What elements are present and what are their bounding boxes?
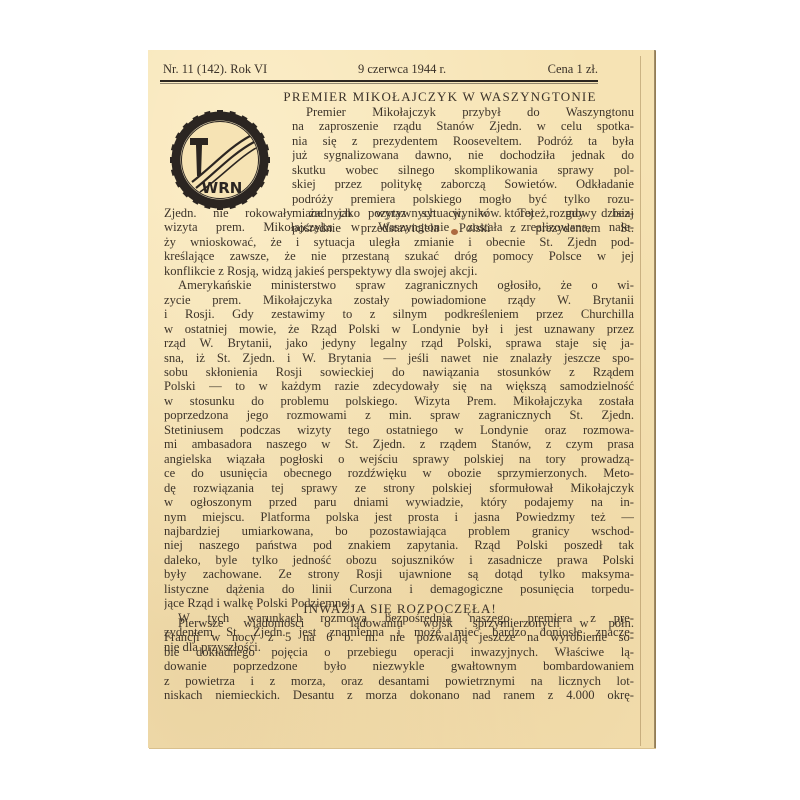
- issue-price: Cena 1 zł.: [548, 62, 598, 77]
- wrn-emblem-icon: WRN: [168, 108, 272, 212]
- text-line: wizyta prem. Mikołajczyka w Waszyngtonie…: [164, 220, 634, 234]
- text-line: poprzedzona jego rozmowami z min. spraw …: [164, 408, 634, 422]
- text-line: zycie prem. Mikołajczyka zostały powiado…: [164, 293, 634, 307]
- text-line: skiej przez politykę zaborczą Sowietów. …: [292, 177, 634, 191]
- text-line: kreślające zawsze, że nie przestaną szuk…: [164, 249, 634, 263]
- text-line: w ogłoszonym przed paru dniami wywiadzie…: [164, 495, 634, 509]
- masthead-rule-thin: [160, 83, 598, 84]
- text-line: już sygnalizowana dawno, nie dochodziła …: [292, 148, 634, 162]
- text-line: ce do usunięcia obecnego rozdźwięku w ob…: [164, 466, 634, 480]
- text-line: konflikcie z Rosją, widzą jakieś perspek…: [164, 264, 634, 278]
- text-line: Polski — to w każdym razie zdecydowały s…: [164, 379, 634, 393]
- text-line: niej naszego państwa pod znakiem zapytan…: [164, 538, 634, 552]
- text-line: rząd W. Brytanii, jako jedyny legalny rz…: [164, 336, 634, 350]
- text-line: mi ambasadora naszego w St. Zjedn. z rzą…: [164, 437, 634, 451]
- text-line: Francji w nocy z 5 na 6 b. m. nie pozwal…: [164, 630, 634, 644]
- text-line: były zachowane. Ze strony Rosji ujawnion…: [164, 567, 634, 581]
- issue-date: 9 czerwca 1944 r.: [358, 62, 446, 77]
- text-line: z powietrza i z morza, oraz desantami po…: [164, 674, 634, 688]
- text-line: podróży premiera polskiego mogło być tyl…: [292, 192, 634, 206]
- svg-text:WRN: WRN: [202, 179, 243, 197]
- masthead-rule: [160, 80, 598, 82]
- text-line: ży wnioskować, że i sytuacja uległa zmia…: [164, 235, 634, 249]
- text-line: Stetiniusem podczas wizyty tego ostatnie…: [164, 423, 634, 437]
- page-edge: [654, 50, 656, 748]
- text-line: sobu skłonienia Rosji sowieckiej do nawi…: [164, 365, 634, 379]
- text-line: Premier Mikołajczyk przybył do Waszyngto…: [292, 105, 634, 119]
- text-line: Zjedn. nie rokowały żadnych pozytywnych …: [164, 206, 634, 220]
- text-line: na zaproszenie rządu Stanów Zjedn. w cel…: [292, 119, 634, 133]
- text-line: skutku wobec silnego skomplikowania spra…: [292, 163, 634, 177]
- article-1-title: PREMIER MIKOŁAJCZYK W WASZYNGTONIE: [270, 89, 610, 105]
- text-line: w stosunku do problemu polskiego. Wizyta…: [164, 394, 634, 408]
- text-line: najbardziej umiarkowana, bo pozostawiają…: [164, 524, 634, 538]
- text-line: dę rozwiązania tej sprawy ze strony pols…: [164, 481, 634, 495]
- text-line: niskach niemieckich. Desantu z morza dok…: [164, 688, 634, 702]
- article-1-body: Zjedn. nie rokowały żadnych pozytywnych …: [164, 206, 634, 654]
- masthead: Nr. 11 (142). Rok VI 9 czerwca 1944 r. C…: [163, 62, 598, 78]
- article-2-body: Pierwsze wiadomości o lądowaniu wojsk sp…: [164, 616, 634, 703]
- text-line: nia się z prezydentem Rooseveltem. Podró…: [292, 134, 634, 148]
- text-line: Pierwsze wiadomości o lądowaniu wojsk sp…: [164, 616, 634, 630]
- article-2-title: INWAZJA SIĘ ROZPOCZĘŁA!: [160, 601, 640, 617]
- text-line: sna, iż St. Zjedn. i W. Brytania — jeśli…: [164, 351, 634, 365]
- issue-number: Nr. 11 (142). Rok VI: [163, 62, 267, 77]
- text-line: dowanie poprzedzone było niezwykle gwałt…: [164, 659, 634, 673]
- page-fold-line: [640, 56, 641, 746]
- text-line: nym miejscu. Platforma polska jest prost…: [164, 510, 634, 524]
- text-line: bie dokładnego pojęcia o przebiegu opera…: [164, 645, 634, 659]
- text-line: Amerykańskie ministerstwo spraw zagranic…: [164, 278, 634, 292]
- text-line: listyczne dążenia do linii Curzona i dem…: [164, 582, 634, 596]
- text-line: i Rosji. Gdy zestawimy to z silnym podkr…: [164, 307, 634, 321]
- ink-stain: [451, 229, 458, 235]
- text-line: daleko, byle tylko jedność obozu sojuszn…: [164, 553, 634, 567]
- text-line: w ostatniej mowie, że Rząd Polski w Lond…: [164, 322, 634, 336]
- text-line: angielska wiązała pogłoski o wejściu spr…: [164, 452, 634, 466]
